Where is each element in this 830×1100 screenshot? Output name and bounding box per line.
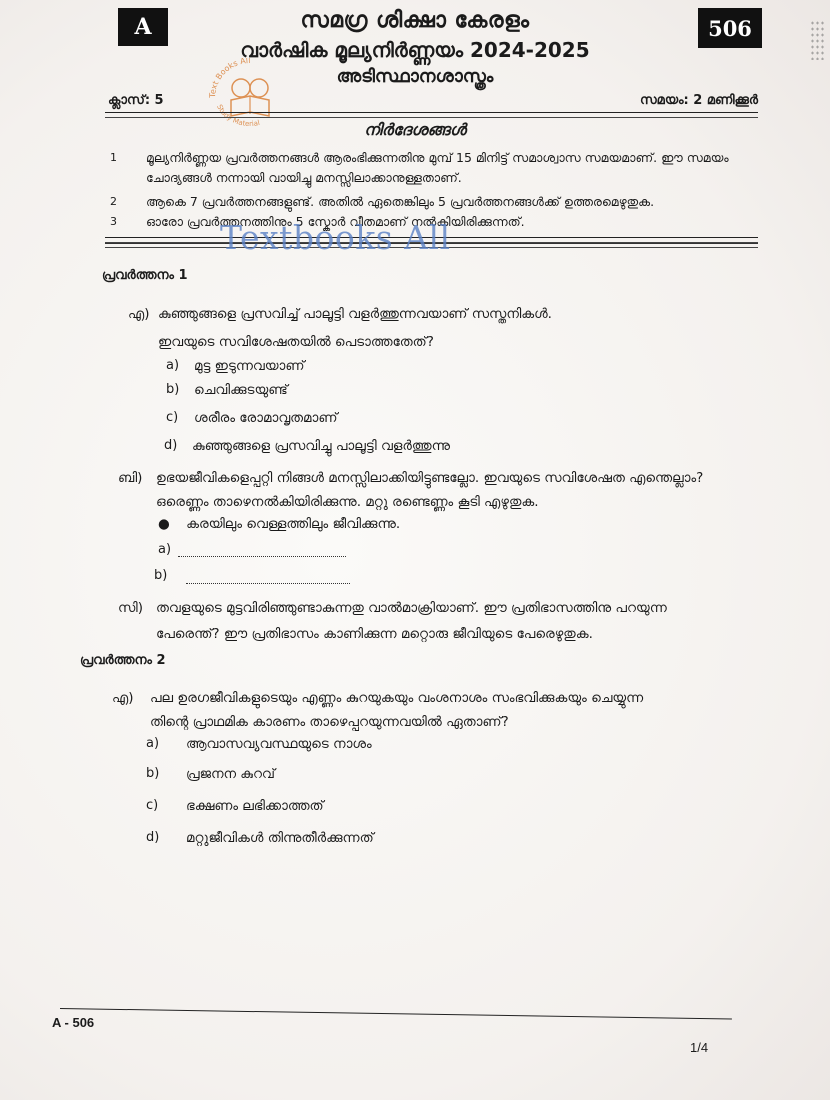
blank-label: a)	[158, 542, 171, 557]
instructions-heading: നിർദേശങ്ങൾ	[0, 120, 830, 140]
page-number: 1/4	[690, 1040, 708, 1055]
org-title: സമഗ്ര ശിക്ഷാ കേരളം	[0, 8, 830, 33]
svg-text:Text Books All: Text Books All	[208, 58, 251, 99]
question-line: ഇവയുടെ സവിശേഷതയിൽ പെടാത്തതേത്?	[158, 328, 768, 356]
option-label: d)	[164, 438, 177, 453]
question-label: എ)	[128, 300, 150, 328]
instruction-text: മൂല്യനിർണ്ണയ പ്രവർത്തനങ്ങൾ ആരംഭിക്കുന്നത…	[146, 148, 770, 188]
instruction-item: 1 മൂല്യനിർണ്ണയ പ്രവർത്തനങ്ങൾ ആരംഭിക്കുന്…	[110, 148, 770, 188]
question-2a: എ) പല ഉരഗജീവികളുടെയും എണ്ണം കുറയുകയും വം…	[112, 684, 782, 736]
question-label: എ)	[112, 684, 134, 712]
option-label: c)	[146, 798, 158, 813]
blank-label: b)	[154, 568, 167, 583]
question-line: കുഞ്ഞുങ്ങളെ പ്രസവിച്ച് പാലൂട്ടി വളർത്തുന…	[158, 300, 768, 328]
instruction-item: 2 ആകെ 7 പ്രവർത്തനങ്ങളുണ്ട്. അതിൽ ഏതെങ്കി…	[110, 192, 770, 212]
option-label: b)	[146, 766, 159, 781]
option-label: b)	[166, 382, 179, 397]
given-answer-text: കരയിലും വെള്ളത്തിലും ജീവിക്കുന്നു.	[186, 516, 400, 532]
question-line: തിന്റെ പ്രാഥമിക കാരണം താഴെപ്പറയുന്നവയിൽ …	[150, 708, 782, 736]
option-label: c)	[166, 410, 178, 425]
instructions-divider-lower	[105, 243, 758, 248]
option-text: പ്രജനന കുറവ്	[186, 766, 275, 782]
option-text: മുട്ട ഇടുന്നവയാണ്	[194, 358, 305, 374]
option-text: മറ്റുജീവികൾ തിന്നുതീർക്കുന്നത്	[186, 830, 374, 846]
instruction-item: 3 ഓരോ പ്രവർത്തനത്തിനും 5 സ്കോർ വീതമാണ് ന…	[110, 212, 770, 232]
question-line: തവളയുടെ മുട്ടവിരിഞ്ഞുണ്ടാകുന്നതു വാൽമാക്…	[156, 594, 778, 622]
answer-blank-line[interactable]	[186, 583, 350, 584]
question-1a: എ) കുഞ്ഞുങ്ങളെ പ്രസവിച്ച് പാലൂട്ടി വളർത്…	[128, 300, 768, 356]
option-text: ചെവിക്കുടയുണ്ട്	[194, 382, 288, 398]
option-text: ആവാസവ്യവസ്ഥയുടെ നാശം	[186, 736, 372, 752]
question-line: ഒരെണ്ണം താഴെനൽകിയിരിക്കുന്നു. മറ്റു രണ്ട…	[156, 488, 778, 516]
given-answer: ● കരയിലും വെള്ളത്തിലും ജീവിക്കുന്നു.	[158, 516, 400, 532]
logo-text-top: Text Books All	[208, 58, 251, 99]
question-1c: സി) തവളയുടെ മുട്ടവിരിഞ്ഞുണ്ടാകുന്നതു വാൽ…	[118, 594, 778, 648]
activity-heading: പ്രവർത്തനം 2	[80, 653, 166, 668]
time-label: സമയം: 2 മണിക്കൂർ	[640, 93, 758, 108]
bullet-icon: ●	[158, 516, 170, 532]
question-1b: ബി) ഉഭയജീവികളെപ്പറ്റി നിങ്ങൾ മനസ്സിലാക്ക…	[118, 464, 778, 516]
exam-title: വാർഷിക മൂല്യനിർണ്ണയം 2024-2025	[0, 38, 830, 62]
instruction-number: 3	[110, 212, 124, 232]
footer-divider	[60, 1008, 732, 1020]
subject-title: അടിസ്ഥാനശാസ്ത്രം	[0, 66, 830, 87]
option-text: കുഞ്ഞുങ്ങളെ പ്രസവിച്ചു പാലൂട്ടി വളർത്തുന…	[192, 438, 450, 454]
exam-page: A 506 സമഗ്ര ശിക്ഷാ കേരളം വാർഷിക മൂല്യനിർ…	[0, 0, 830, 1100]
question-label: ബി)	[118, 464, 142, 492]
option-label: a)	[146, 736, 159, 751]
answer-blank-line[interactable]	[178, 556, 346, 557]
option-text: ഭക്ഷണം ലഭിക്കാത്തത്	[186, 798, 324, 814]
option-label: a)	[166, 358, 179, 373]
option-text: ശരീരം രോമാവൃതമാണ്	[194, 410, 337, 426]
header-divider	[105, 112, 758, 118]
option-label: d)	[146, 830, 159, 845]
footer-paper-code: A - 506	[52, 1015, 94, 1030]
instruction-number: 1	[110, 148, 124, 168]
activity-heading: പ്രവർത്തനം 1	[102, 268, 188, 283]
question-label: സി)	[118, 594, 143, 622]
instruction-text: ആകെ 7 പ്രവർത്തനങ്ങളുണ്ട്. അതിൽ ഏതെങ്കിലു…	[146, 192, 770, 212]
instruction-text: ഓരോ പ്രവർത്തനത്തിനും 5 സ്കോർ വീതമാണ് നൽക…	[146, 212, 770, 232]
class-label: ക്ലാസ്: 5	[108, 93, 164, 108]
question-line: പേരെന്ത്? ഈ പ്രതിഭാസം കാണിക്കുന്ന മറ്റൊര…	[156, 620, 778, 648]
instruction-number: 2	[110, 192, 124, 212]
